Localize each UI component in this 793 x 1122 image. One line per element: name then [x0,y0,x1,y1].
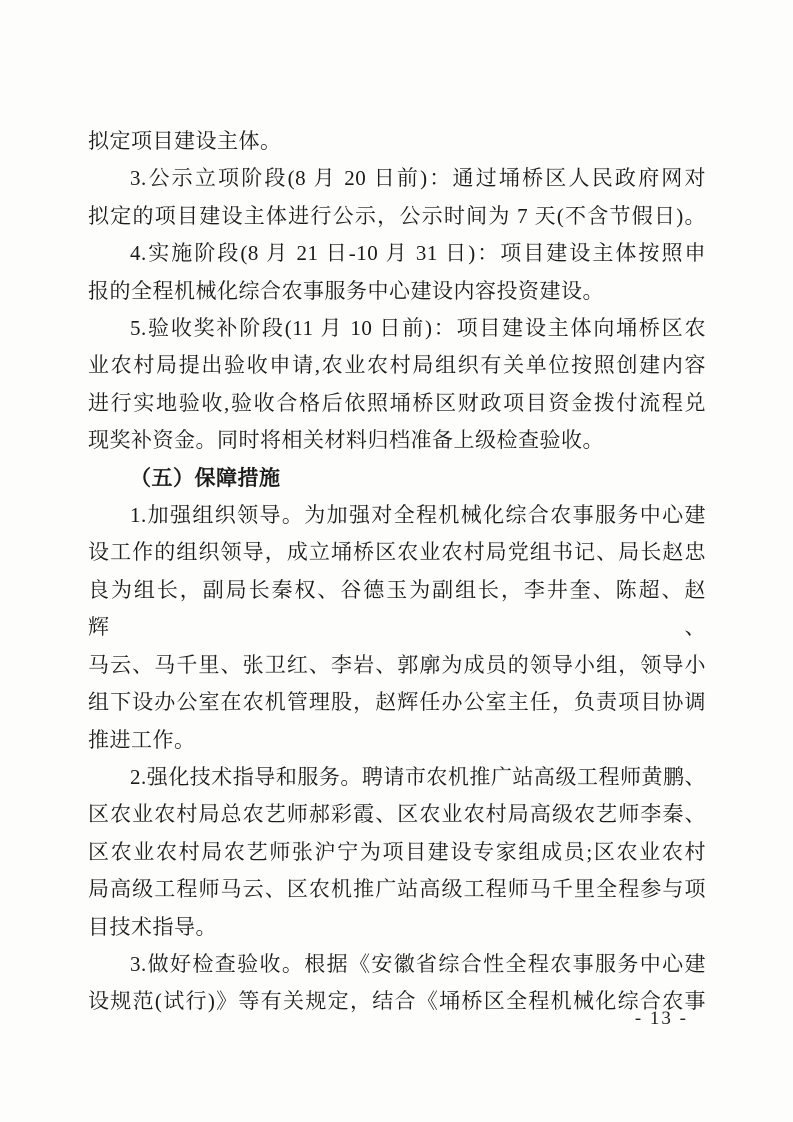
body-line: 推进工作。 [88,722,706,759]
body-line: 拟定项目建设主体。 [88,123,706,160]
section-heading: （五）保障措施 [88,460,706,497]
body-line: 4.实施阶段(8 月 21 日-10 月 31 日)：项目建设主体按照申 [88,235,706,272]
body-line: 报的全程机械化综合农事服务中心建设内容投资建设。 [88,273,706,310]
text-body: 拟定项目建设主体。 3.公示立项阶段(8 月 20 日前)：通过埇桥区人民政府网… [88,123,706,1021]
body-line: 5.验收奖补阶段(11 月 10 日前)：项目建设主体向埇桥区农 [88,310,706,347]
body-line: 区农业农村局农艺师张沪宁为项目建设专家组成员;区农业农村 [88,834,706,871]
body-line: 业农村局提出验收申请,农业农村局组织有关单位按照创建内容 [88,347,706,384]
body-line: 区农业农村局总农艺师郝彩霞、区农业农村局高级农艺师李秦、 [88,796,706,833]
body-line: 局高级工程师马云、区农机推广站高级工程师马千里全程参与项 [88,871,706,908]
body-line: 良为组长，副局长秦权、谷德玉为副组长，李井奎、陈超、赵辉、 [88,572,706,647]
body-line: 组下设办公室在农机管理股，赵辉任办公室主任，负责项目协调 [88,684,706,721]
body-line: 3.公示立项阶段(8 月 20 日前)：通过埇桥区人民政府网对 [88,160,706,197]
body-line: 1.加强组织领导。为加强对全程机械化综合农事服务中心建 [88,497,706,534]
body-line: 拟定的项目建设主体进行公示，公示时间为 7 天(不含节假日)。 [88,198,706,235]
body-line: 设规范(试行)》等有关规定，结合《埇桥区全程机械化综合农事 [88,983,706,1020]
body-line: 进行实地验收,验收合格后依照埇桥区财政项目资金拨付流程兑 [88,385,706,422]
document-page: 拟定项目建设主体。 3.公示立项阶段(8 月 20 日前)：通过埇桥区人民政府网… [0,0,793,1122]
body-line: 现奖补资金。同时将相关材料归档准备上级检查验收。 [88,422,706,459]
body-line: 马云、马千里、张卫红、李岩、郭廓为成员的领导小组，领导小 [88,647,706,684]
body-line: 设工作的组织领导，成立埇桥区农业农村局党组书记、局长赵忠 [88,534,706,571]
body-line: 目技术指导。 [88,909,706,946]
body-line: 2.强化技术指导和服务。聘请市农机推广站高级工程师黄鹏、 [88,759,706,796]
body-line: 3.做好检查验收。根据《安徽省综合性全程农事服务中心建 [88,946,706,983]
page-number: - 13 - [635,1008,688,1030]
